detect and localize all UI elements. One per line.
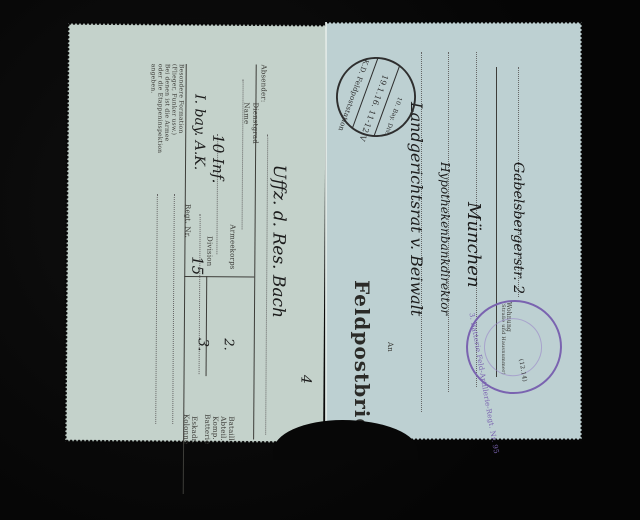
feldpostbrief-letter-sheet: Absender: Dienstgrad Name Armeekorps Div… [68,22,582,440]
komp-label: Komp. [211,416,219,440]
eskadr-label: Eskadr. [190,416,198,444]
handwritten-mark: 4 [297,375,313,384]
unit-labels: Bataill. [226,416,235,443]
dienstgrad-label: Dienstgrad [251,102,259,143]
note-line: Bei denen ist die Armee [163,64,171,153]
handwritten-division: 10 Inf. [209,134,227,183]
regt-nr-label: Regt. Nr. [184,204,192,238]
handwritten-komp: 3. [195,338,211,351]
bataillon-label: Bataill. [226,416,235,443]
perforated-edge-top [326,20,582,24]
sender-panel: Absender: Dienstgrad Name Armeekorps Div… [65,23,326,443]
handwritten-armeekorps: I. bay. A.K. [191,94,208,170]
note-line: oder die Etappeninspektion [156,64,164,153]
dotted-line [172,194,175,424]
absender-label: Absender: [259,65,267,103]
division-label: Division [205,236,213,266]
handwritten-bataillon: 2. [221,338,236,351]
address-city: München [463,202,484,288]
address-line-1: Landgerichtsrat v. Beiwalt [407,102,426,316]
form-line [184,276,254,277]
center-fold [325,22,327,440]
to-label: An [386,342,394,352]
address-line-2: Hypothekenbankdirektor [438,162,452,315]
name-label: Name [242,102,250,124]
armeekorps-label: Armeekorps [228,224,236,269]
dotted-line [155,194,158,424]
perforated-edge-right [580,22,584,440]
kolonne-label: Kolonne [182,414,190,444]
batterie-label: Batterie [203,414,211,444]
form-line [206,276,208,376]
feldpostbrief-title: Feldpostbrief [350,280,374,442]
note-line: Besondere Formation [177,64,185,153]
address-street: Gabelsbergerstr. 2 [510,162,526,294]
address-panel: Feldpostbrief An Landgerichtsrat v. Beiw… [326,22,582,440]
note-line: (Flieger, Funker usw.) [170,64,178,153]
perforated-edge-top [68,21,326,27]
special-formation-note: Besondere Formation (Flieger, Funker usw… [149,64,185,154]
handwritten-regt-nr: 15 [188,256,206,275]
abteil-label: Abteil. [219,416,227,441]
handwritten-rank-name: Uffz. d. Res. Bach [268,165,289,318]
